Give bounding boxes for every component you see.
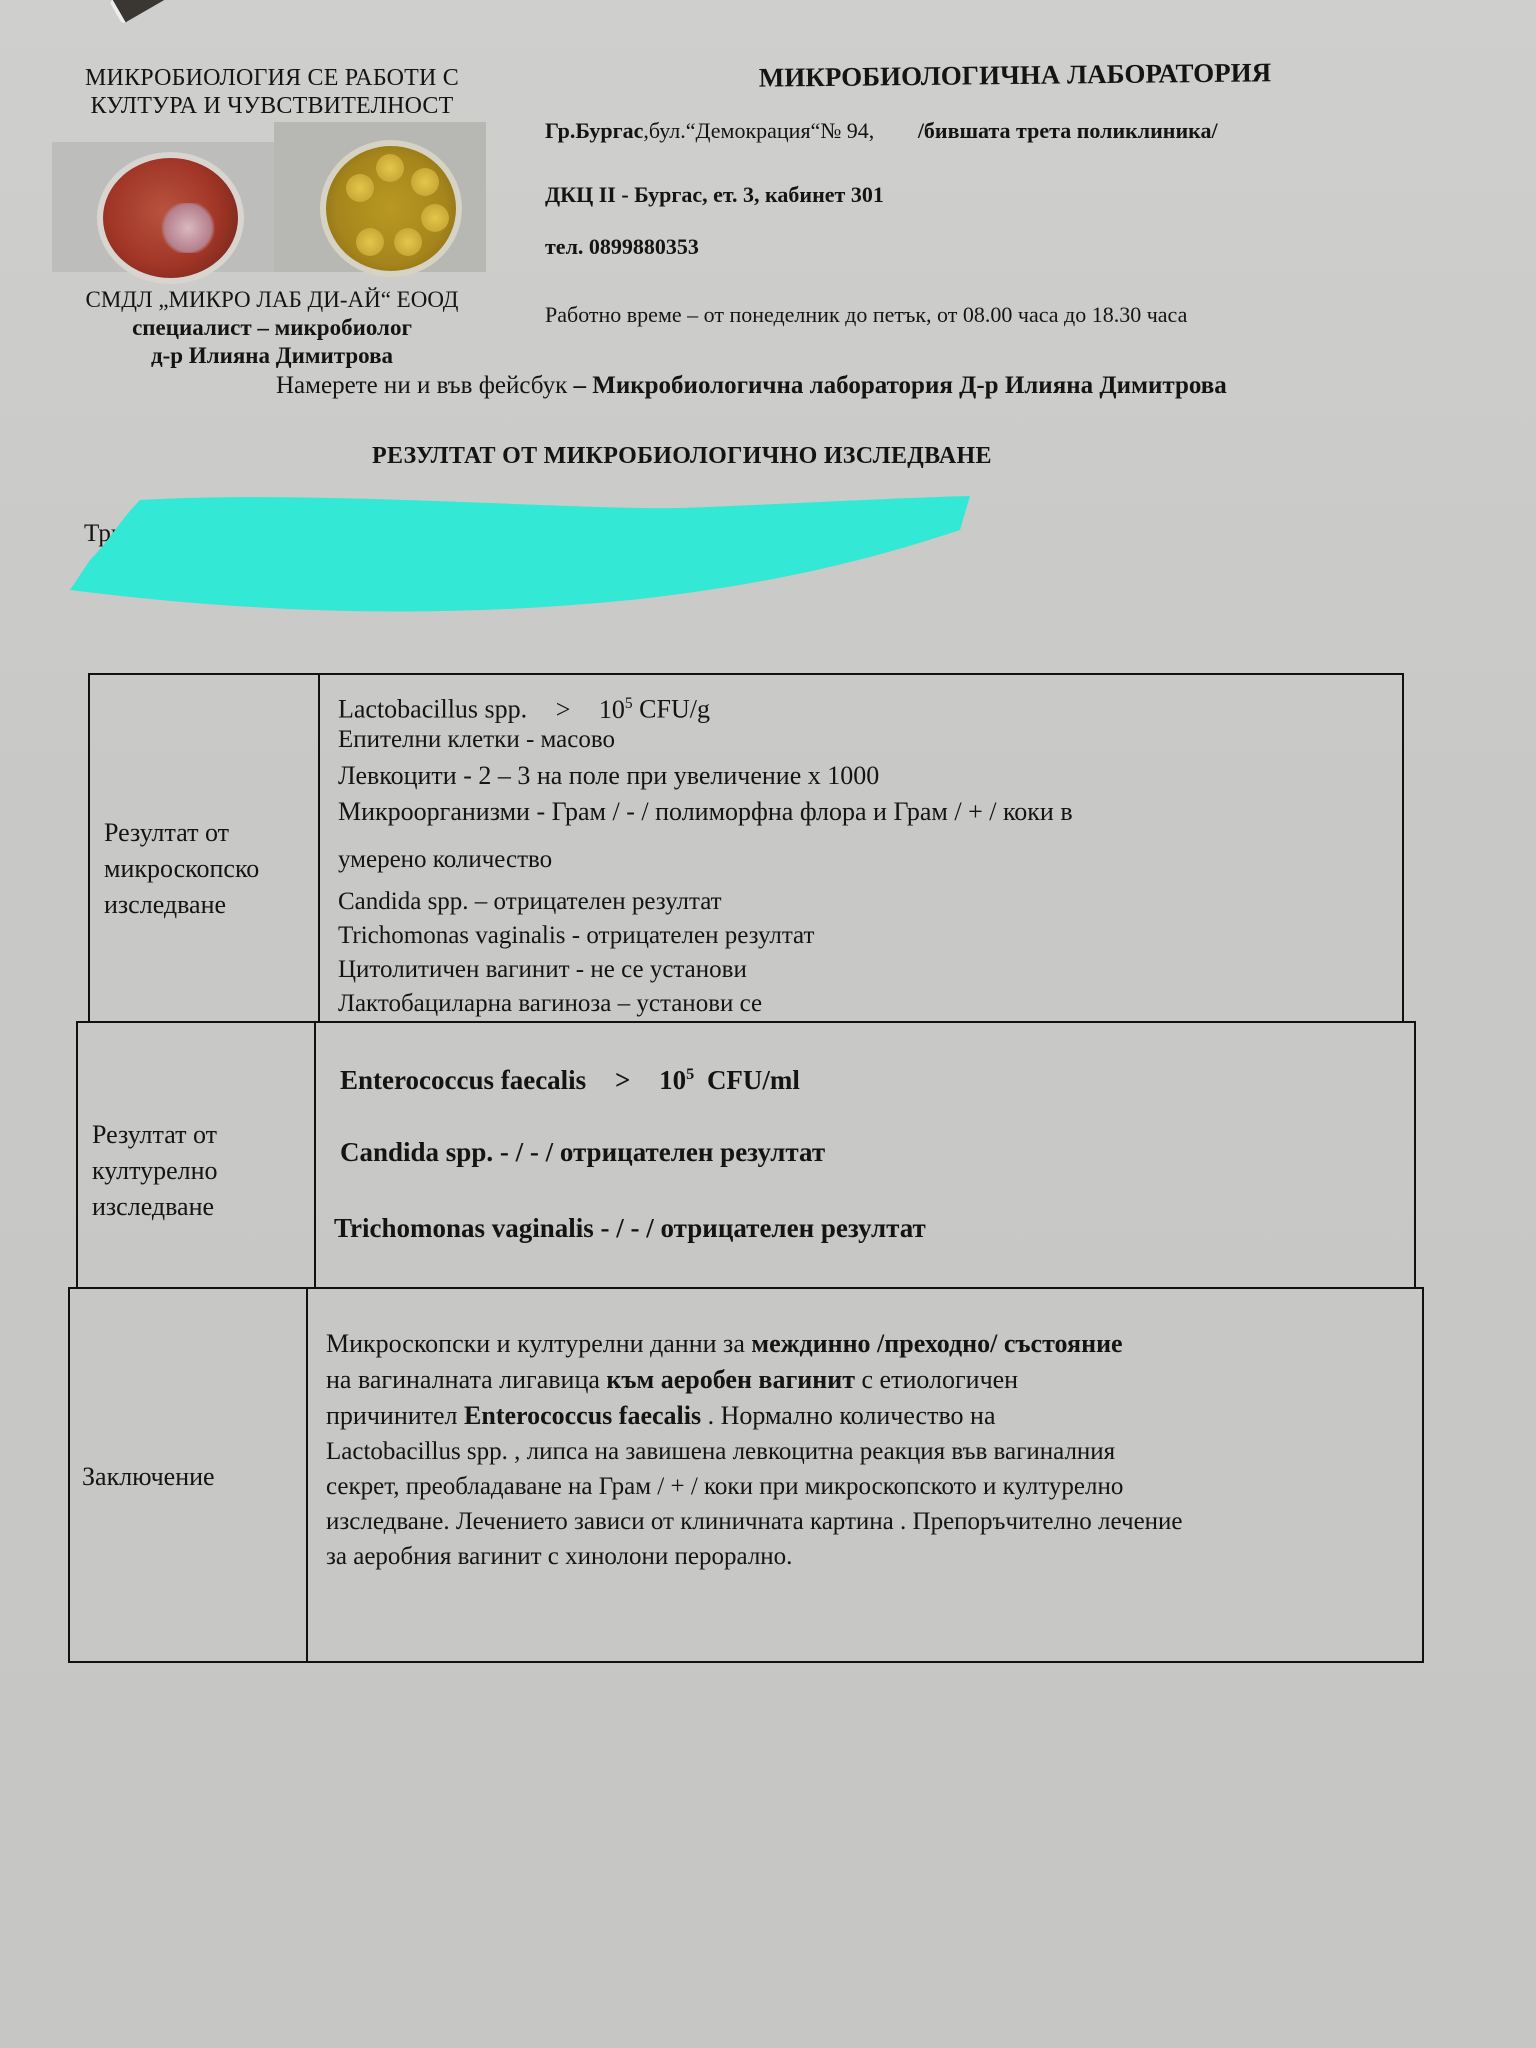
company-name: СМДЛ „МИКРО ЛАБ ДИ-АЙ“ ЕООД	[52, 286, 492, 314]
lab-logo-block: МИКРОБИОЛОГИЯ СЕ РАБОТИ С КУЛТУРА И ЧУВС…	[52, 64, 492, 370]
trichomonas-microscopy: Trichomonas vaginalis - отрицателен резу…	[338, 919, 814, 953]
enterococcus-count: Enterococcus faecalis > 105 CFU/ml	[340, 1065, 800, 1096]
cytolytic-vaginitis: Цитолитичен вагинит - не се установи	[338, 953, 747, 987]
petri-dish-photos	[52, 122, 492, 282]
phone-line: тел. 0899880353	[545, 234, 699, 260]
blood-agar-plate-image	[97, 152, 244, 284]
table-row-conclusion: Заключение Микроскопски и културелни дан…	[68, 1287, 1424, 1663]
lab-contact-block: МИКРОБИОЛОГИЧНА ЛАБОРАТОРИЯ Гр.Бургас,бу…	[545, 60, 1445, 91]
tagline-line1: МИКРОБИОЛОГИЯ СЕ РАБОТИ С	[52, 64, 492, 92]
leukocytes: Левкоцити - 2 – 3 на поле при увеличение…	[338, 759, 879, 793]
building-line: ДКЦ II - Бургас, ет. 3, кабинет 301	[545, 182, 884, 208]
candida-microscopy: Candida spp. – отрицателен резултат	[338, 885, 722, 919]
row-label-culture: Резултат от културелно изследване	[78, 1023, 316, 1287]
table-row-culture: Резултат от културелно изследване Entero…	[76, 1021, 1416, 1289]
microorganisms: Микроорганизми - Грам / - / полиморфна ф…	[338, 795, 1073, 829]
facebook-line: Намерете ни и във фейсбук – Микробиологи…	[276, 372, 1227, 400]
trichomonas-culture: Trichomonas vaginalis - / - / отрицателе…	[334, 1213, 926, 1244]
working-hours: Работно време – от понеделник до петък, …	[545, 302, 1187, 328]
lactobacillary-vaginosis: Лактобацил­арна вагиноза – установи се	[338, 987, 762, 1021]
specialist-role: специалист – микробиолог	[52, 314, 492, 342]
report-title: РЕЗУЛТАТ ОТ МИКРОБИОЛОГИЧНО ИЗСЛЕДВАНЕ	[372, 443, 992, 470]
tagline-line2: КУЛТУРА И ЧУВСТВИТЕЛНОСТ	[52, 92, 492, 120]
table-row-microscopy: Резултат от микроскопско изследване Lact…	[88, 673, 1404, 1023]
conclusion-text: Микроскопски и културелни данни за межди…	[326, 1289, 1422, 1661]
candida-culture: Candida spp. - / - / отрицателен резулта…	[340, 1137, 825, 1168]
pen-clip	[109, 0, 170, 24]
lactobacillus-count: Lactobacillus spp. > 105 CFU/g	[338, 687, 710, 727]
sensitivity-plate-image	[320, 140, 462, 277]
address-line: Гр.Бургас,бул.“Демокрация“№ 94, /бившата…	[545, 118, 1218, 144]
microorganisms-continued: умерено количество	[338, 843, 552, 877]
lab-title: МИКРОБИОЛОГИЧНА ЛАБОРАТОРИЯ	[585, 55, 1445, 95]
row-label-microscopy: Резултат от микроскопско изследване	[90, 675, 320, 1021]
epithelial-cells: Епителни клетки - масово	[338, 723, 615, 757]
redaction-scribble	[70, 490, 970, 620]
doctor-name: д-р Илияна Димитрова	[52, 342, 492, 370]
culture-results: Enterococcus faecalis > 105 CFU/ml Candi…	[340, 1023, 1414, 1287]
row-label-conclusion: Заключение	[70, 1289, 308, 1661]
microscopy-results: Lactobacillus spp. > 105 CFU/g Епителни …	[338, 675, 1402, 1021]
document-page: МИКРОБИОЛОГИЯ СЕ РАБОТИ С КУЛТУРА И ЧУВС…	[0, 0, 1536, 2048]
